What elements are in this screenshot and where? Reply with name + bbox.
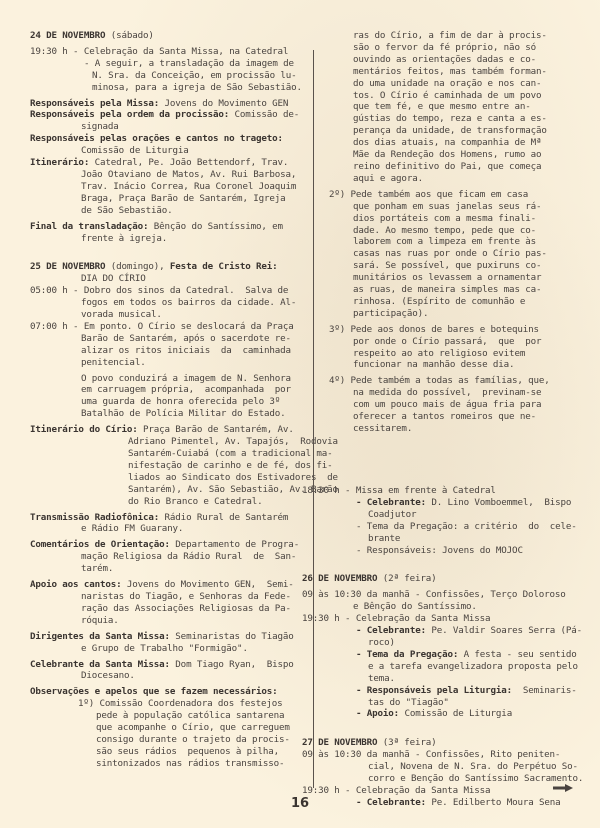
info-line: Apoio aos cantos: Jovens do Movimento GE… xyxy=(30,579,307,591)
section-heading: 27 DE NOVEMBRO xyxy=(302,737,377,748)
section-heading: 25 DE NOVEMBRO xyxy=(30,261,105,272)
info-line: Responsáveis pelas orações e cantos no t… xyxy=(30,133,307,145)
info-line: Comentários de Orientação: Departamento … xyxy=(30,539,307,551)
schedule-item: 09 às 10:30 da manhã - Confissões, Rito … xyxy=(302,749,592,761)
section-nov-25: 25 DE NOVEMBRO (domingo), Festa de Crist… xyxy=(30,261,307,769)
schedule-item: 19:30 h - Celebração da Santa Missa xyxy=(302,785,592,797)
info-line: Observações e apelos que se fazem necess… xyxy=(30,686,307,698)
right-column: ras do Círio, a fim de dar à procis- são… xyxy=(329,30,584,435)
info-line: Responsáveis pela ordem da procissão: Co… xyxy=(30,109,307,121)
observation-1-continued: ras do Círio, a fim de dar à procis- são… xyxy=(329,30,584,185)
schedule-item: 19:30 h - Celebração da Santa Missa, na … xyxy=(30,46,307,58)
itinerary-line: Itinerário do Círio: Praça Barão de Sant… xyxy=(30,424,307,436)
observation-item: 2º) Pede também aos que ficam em casa qu… xyxy=(329,189,584,320)
schedule-item: 19:30 h - Celebração da Santa Missa xyxy=(302,613,592,625)
section-heading: 26 DE NOVEMBRO xyxy=(302,573,377,584)
schedule-item: 09 às 10:30 da manhã - Confissões, Terço… xyxy=(302,589,592,601)
info-line: Transmissão Radiofônica: Rádio Rural de … xyxy=(30,512,307,524)
left-column: 24 DE NOVEMBRO (sábado) 19:30 h - Celebr… xyxy=(30,30,307,770)
info-line: Responsáveis pela Missa: Jovens do Movim… xyxy=(30,98,307,110)
page-number: 16 xyxy=(291,796,309,811)
right-column-schedule: 18:30 h - Missa em frente à Catedral - C… xyxy=(302,485,592,809)
observation-item: 3º) Pede aos donos de bares e botequins … xyxy=(329,324,584,372)
mass-1830: 18:30 h - Missa em frente à Catedral - C… xyxy=(302,485,592,556)
schedule-item: 07:00 h - Em ponto. O Círio se deslocará… xyxy=(30,321,307,333)
section-nov-26: 26 DE NOVEMBRO (2ª feira) 09 às 10:30 da… xyxy=(302,573,592,720)
info-line: Final da transladação: Bênção do Santíss… xyxy=(30,221,307,233)
itinerary-line: Itinerário: Catedral, Pe. João Bettendor… xyxy=(30,157,307,169)
section-nov-27: 27 DE NOVEMBRO (3ª feira) 09 às 10:30 da… xyxy=(302,737,592,808)
schedule-item: 18:30 h - Missa em frente à Catedral xyxy=(302,485,592,497)
schedule-item: 05:00 h - Dobro dos sinos da Catedral. S… xyxy=(30,285,307,297)
right-arrow-icon xyxy=(553,784,573,792)
observation-item: 1º) Comissão Coordenadora dos festejos xyxy=(30,698,307,710)
info-line: Celebrante da Santa Missa: Dom Tiago Rya… xyxy=(30,659,307,671)
info-line: Dirigentes da Santa Missa: Seminaristas … xyxy=(30,631,307,643)
observation-item: 4º) Pede também a todas as famílias, que… xyxy=(329,375,584,435)
section-heading: 24 DE NOVEMBRO xyxy=(30,30,105,41)
section-nov-24: 24 DE NOVEMBRO (sábado) 19:30 h - Celebr… xyxy=(30,30,307,244)
